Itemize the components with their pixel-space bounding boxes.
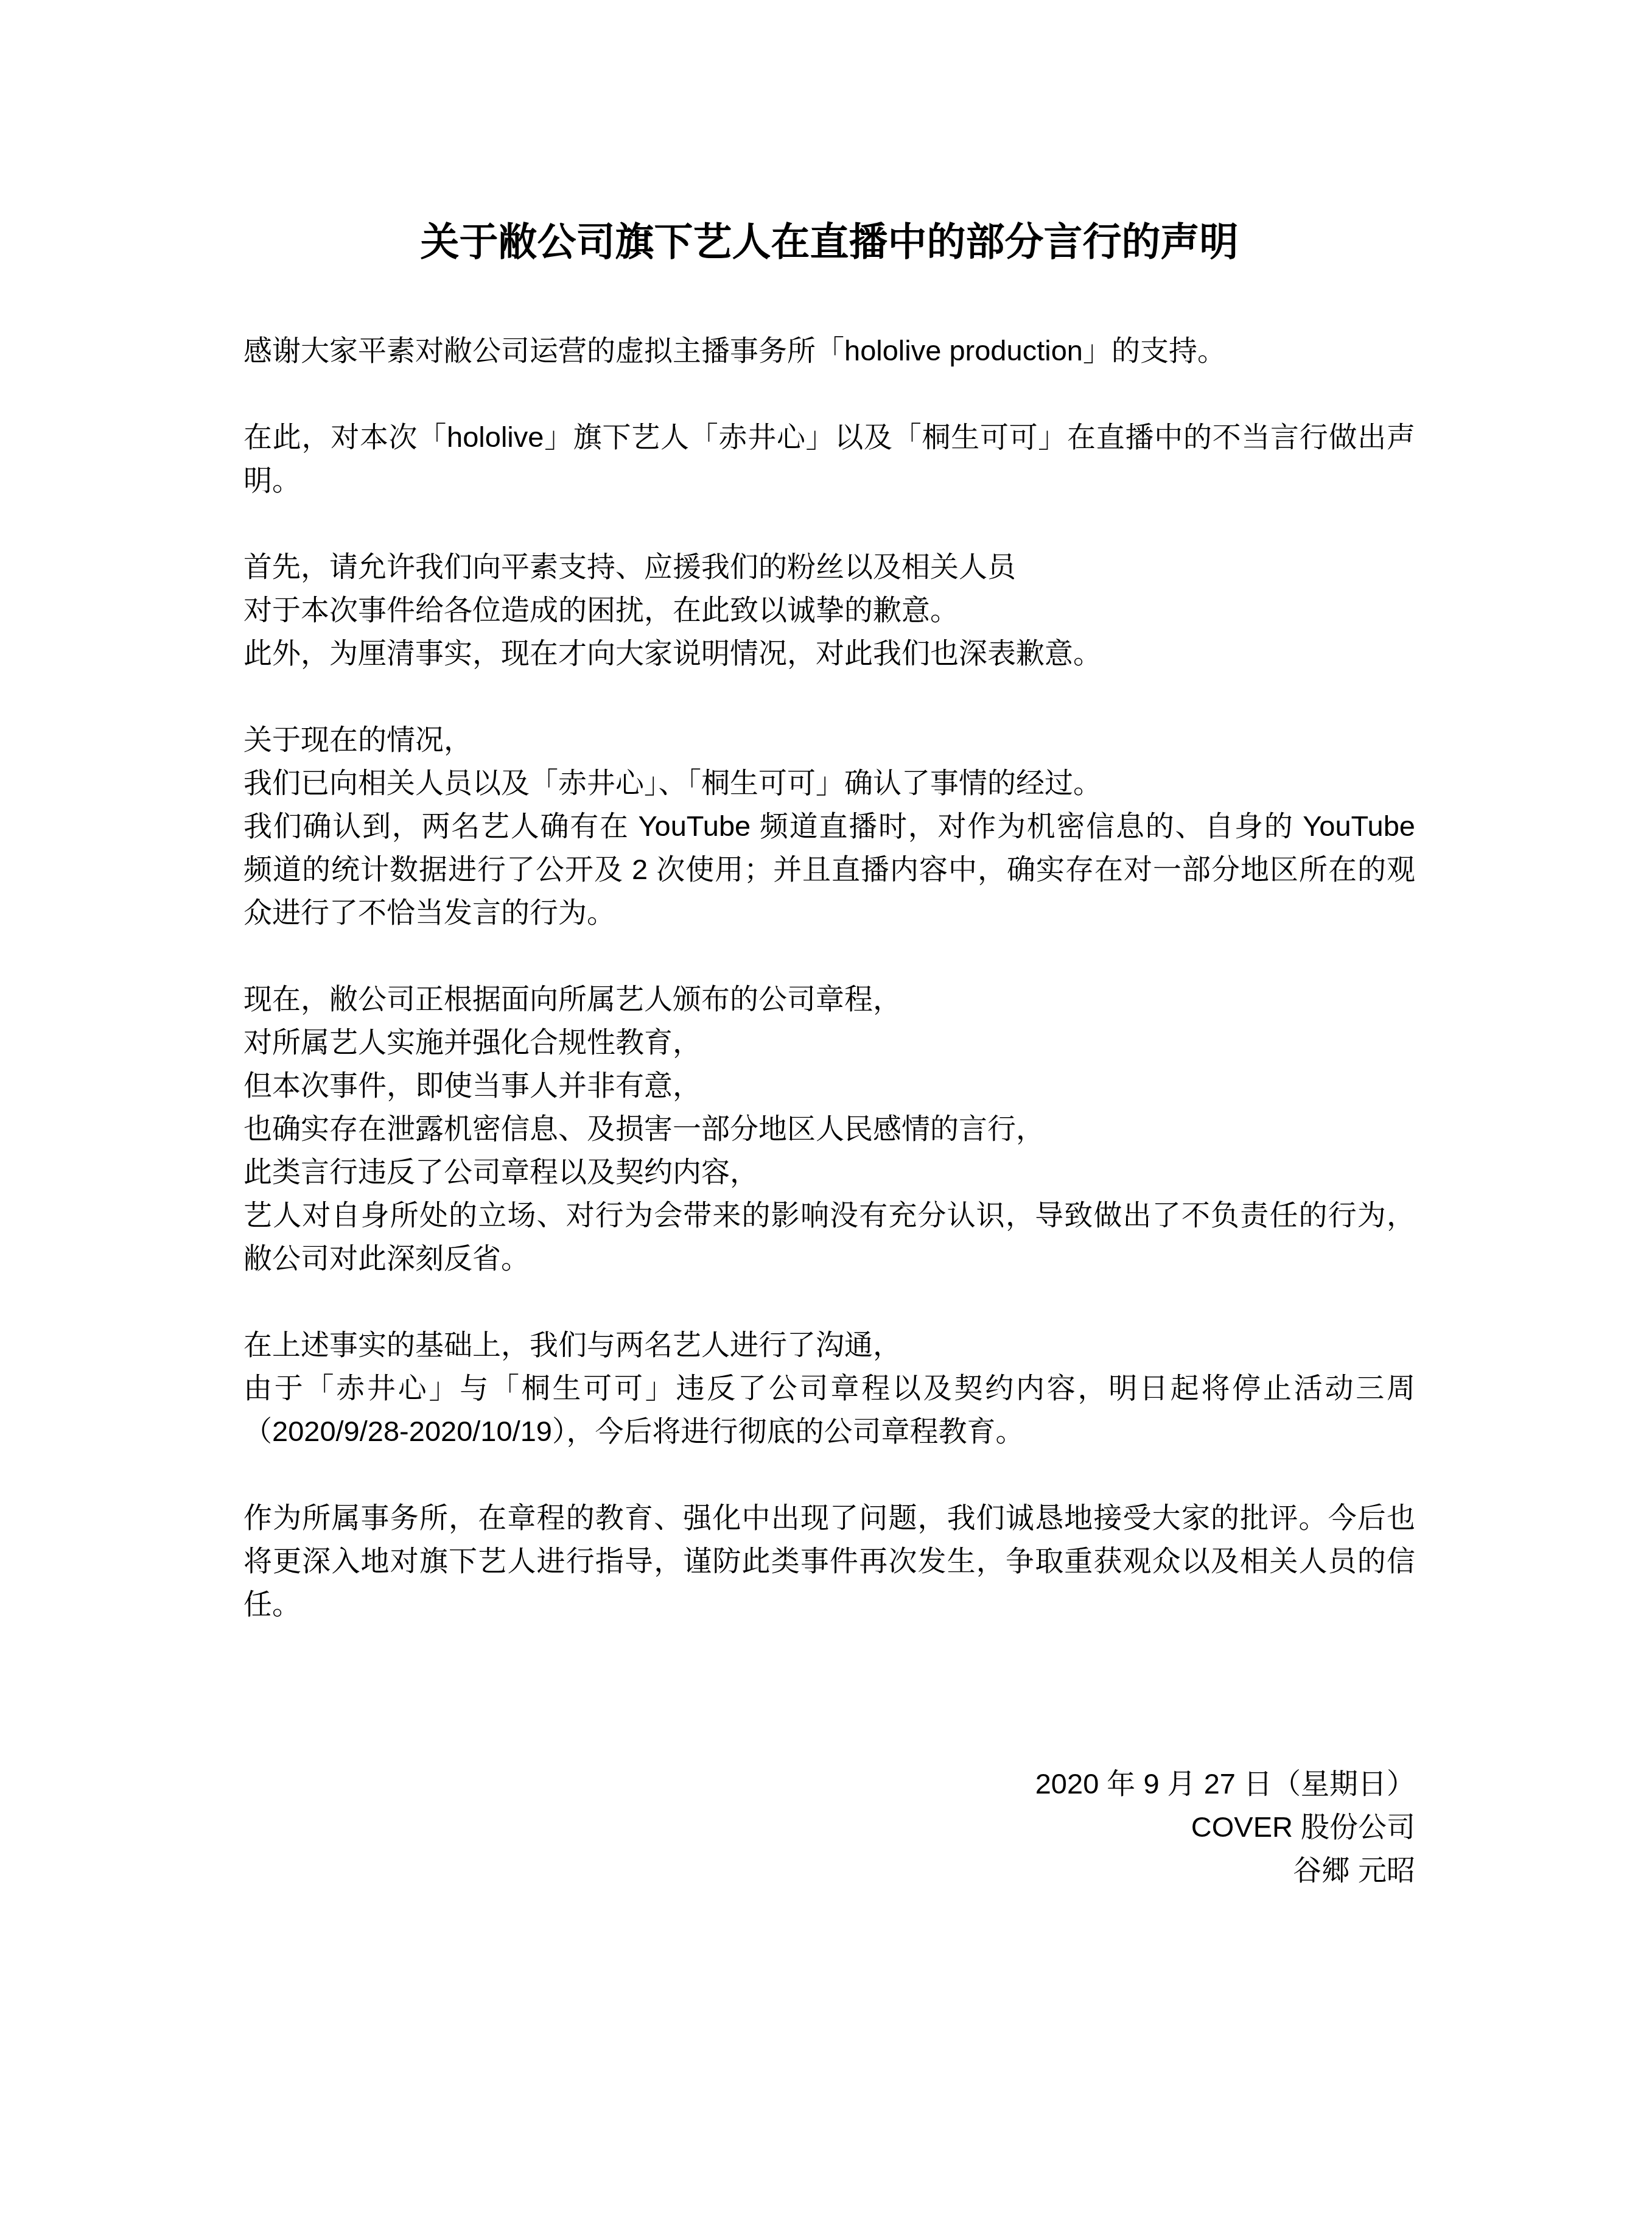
paragraph: 在此，对本次「hololive」旗下艺人「赤井心」以及「桐生可可」在直播中的不当…: [243, 415, 1415, 502]
text-line: 我们已向相关人员以及「赤井心」、「桐生可可」确认了事情的经过。: [243, 761, 1415, 804]
paragraph: 关于现在的情况，我们已向相关人员以及「赤井心」、「桐生可可」确认了事情的经过。我…: [243, 718, 1415, 934]
text-line: 也确实存在泄露机密信息、及损害一部分地区人民感情的言行，: [243, 1107, 1415, 1150]
text-line: 首先，请允许我们向平素支持、应援我们的粉丝以及相关人员: [243, 545, 1415, 588]
text-line: 众进行了不恰当发言的行为。: [243, 891, 1415, 934]
text-line: 我们确认到，两名艺人确有在 YouTube 频道直播时，对作为机密信息的、自身的…: [243, 804, 1415, 847]
signature-date: 2020 年 9 月 27 日（星期日）: [243, 1762, 1415, 1805]
document-body: 感谢大家平素对敝公司运营的虚拟主播事务所「hololive production…: [243, 329, 1415, 1626]
paragraph: 感谢大家平素对敝公司运营的虚拟主播事务所「hololive production…: [243, 329, 1415, 372]
text-line: 频道的统计数据进行了公开及 2 次使用；并且直播内容中，确实存在对一部分地区所在…: [243, 847, 1415, 891]
text-line: 此类言行违反了公司章程以及契约内容，: [243, 1150, 1415, 1193]
text-line: 此外，为厘清事实，现在才向大家说明情况，对此我们也深表歉意。: [243, 631, 1415, 675]
text-line: 作为所属事务所，在章程的教育、强化中出现了问题，我们诚恳地接受大家的批评。今后也: [243, 1496, 1415, 1539]
paragraph: 作为所属事务所，在章程的教育、强化中出现了问题，我们诚恳地接受大家的批评。今后也…: [243, 1496, 1415, 1626]
page-title: 关于敝公司旗下艺人在直播中的部分言行的声明: [243, 214, 1415, 269]
text-line: 关于现在的情况，: [243, 718, 1415, 761]
text-line: 对所属艺人实施并强化合规性教育，: [243, 1020, 1415, 1064]
text-line: 现在，敝公司正根据面向所属艺人颁布的公司章程，: [243, 977, 1415, 1020]
text-line: （2020/9/28-2020/10/19），今后将进行彻底的公司章程教育。: [243, 1409, 1415, 1453]
text-line: 敝公司对此深刻反省。: [243, 1236, 1415, 1280]
statement-page: 关于敝公司旗下艺人在直播中的部分言行的声明 感谢大家平素对敝公司运营的虚拟主播事…: [0, 0, 1652, 2227]
text-line: 感谢大家平素对敝公司运营的虚拟主播事务所「hololive production…: [243, 329, 1415, 372]
paragraph: 现在，敝公司正根据面向所属艺人颁布的公司章程，对所属艺人实施并强化合规性教育，但…: [243, 977, 1415, 1280]
text-line: 但本次事件，即使当事人并非有意，: [243, 1064, 1415, 1107]
text-line: 对于本次事件给各位造成的困扰，在此致以诚挚的歉意。: [243, 588, 1415, 631]
text-line: 任。: [243, 1582, 1415, 1626]
text-line: 由于「赤井心」与「桐生可可」违反了公司章程以及契约内容，明日起将停止活动三周: [243, 1366, 1415, 1409]
statement-content: 关于敝公司旗下艺人在直播中的部分言行的声明 感谢大家平素对敝公司运营的虚拟主播事…: [243, 0, 1415, 1892]
signature: 2020 年 9 月 27 日（星期日） COVER 股份公司 谷郷 元昭: [243, 1762, 1415, 1892]
paragraph: 首先，请允许我们向平素支持、应援我们的粉丝以及相关人员对于本次事件给各位造成的困…: [243, 545, 1415, 675]
text-line: 艺人对自身所处的立场、对行为会带来的影响没有充分认识，导致做出了不负责任的行为，: [243, 1193, 1415, 1236]
text-line: 在上述事实的基础上，我们与两名艺人进行了沟通，: [243, 1323, 1415, 1366]
signature-name: 谷郷 元昭: [243, 1848, 1415, 1892]
text-line: 将更深入地对旗下艺人进行指导，谨防此类事件再次发生，争取重获观众以及相关人员的信: [243, 1539, 1415, 1582]
signature-company: COVER 股份公司: [243, 1805, 1415, 1848]
text-line: 明。: [243, 458, 1415, 502]
paragraph: 在上述事实的基础上，我们与两名艺人进行了沟通，由于「赤井心」与「桐生可可」违反了…: [243, 1323, 1415, 1453]
text-line: 在此，对本次「hololive」旗下艺人「赤井心」以及「桐生可可」在直播中的不当…: [243, 415, 1415, 458]
